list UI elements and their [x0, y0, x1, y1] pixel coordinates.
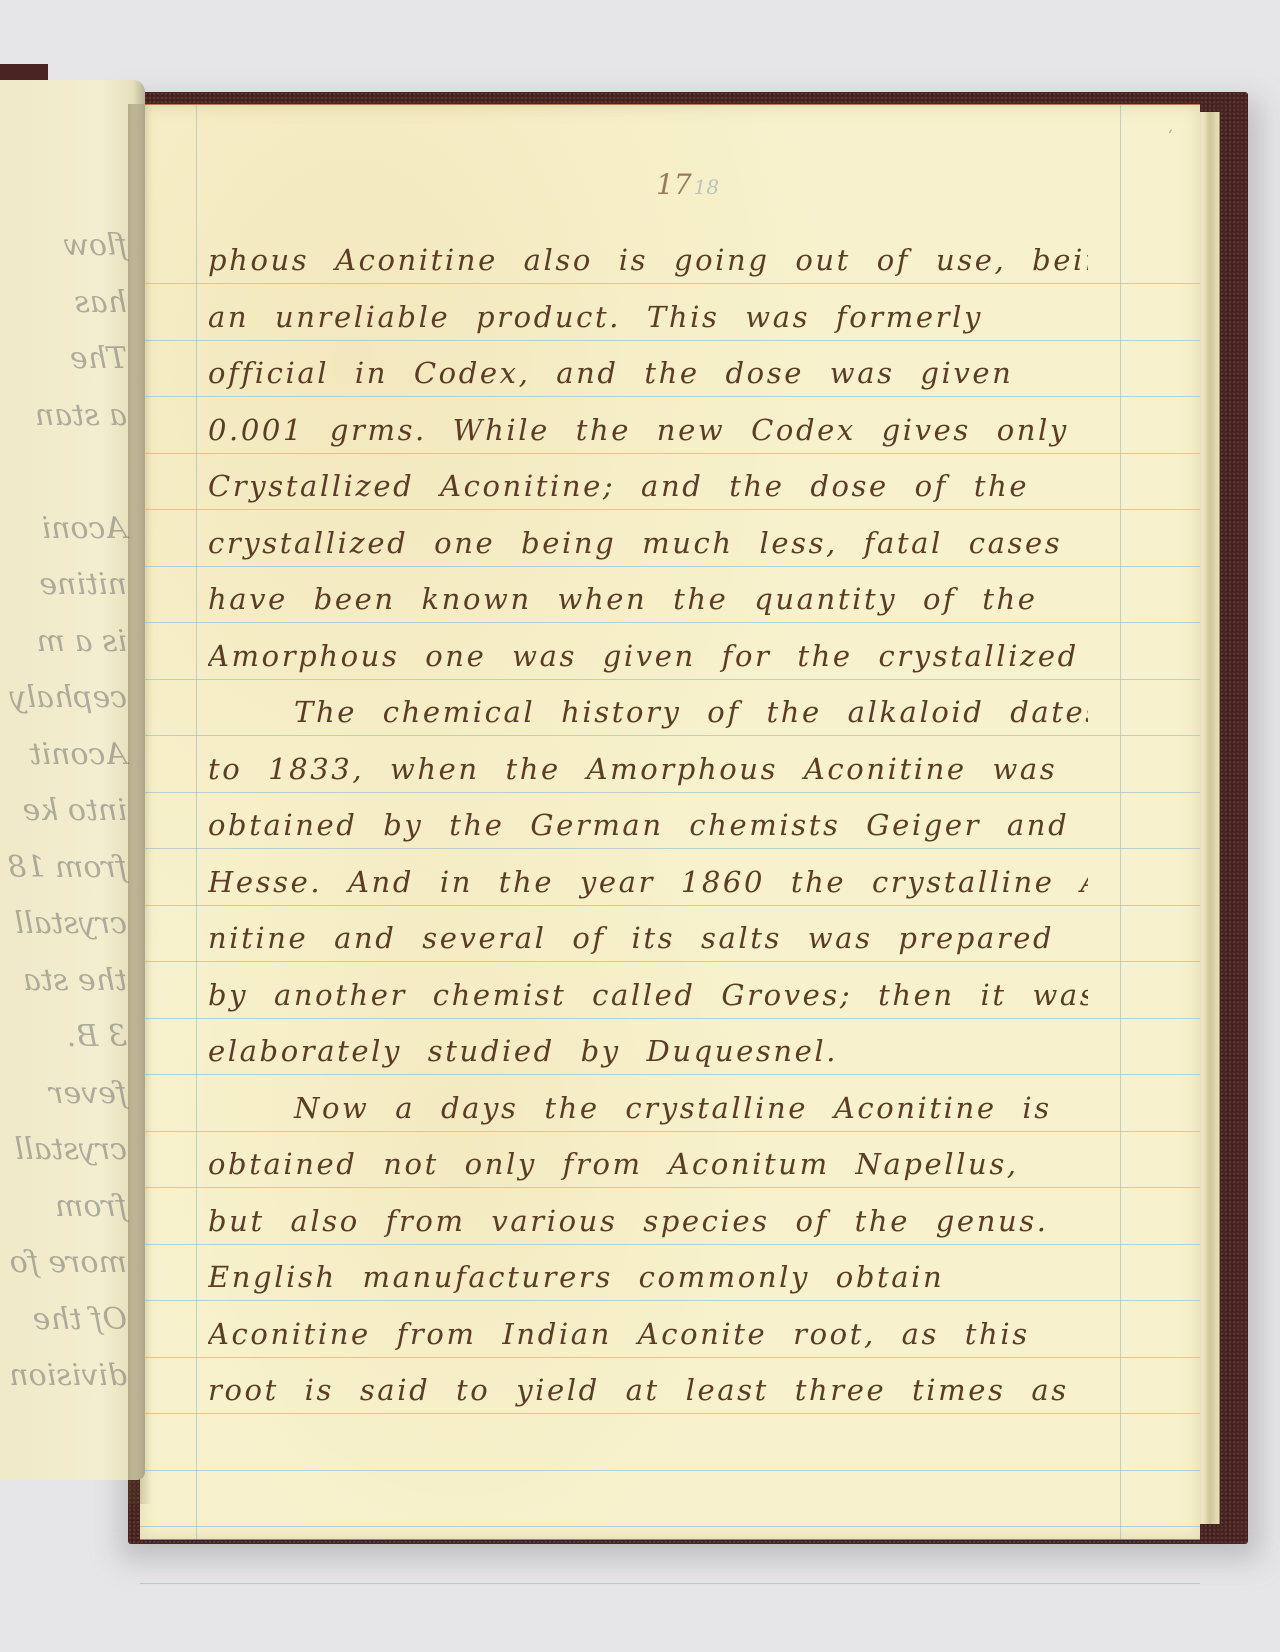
bleedthrough-fragment: 3 B.	[10, 1019, 127, 1054]
bleedthrough-fragment: crystall	[10, 906, 127, 941]
left-page-curl: flowhasThea stanAconinitineis a mcephaly…	[0, 80, 145, 1480]
bleedthrough-fragment: from	[10, 1189, 127, 1224]
text-line: elaborately studied by Duquesnel.	[208, 1029, 1088, 1086]
text-line: but also from various species of the gen…	[208, 1199, 1088, 1256]
text-line: crystallized one being much less, fatal …	[208, 521, 1088, 578]
bleedthrough-fragment: The	[10, 341, 127, 376]
text-line: an unreliable product. This was formerly	[208, 295, 1088, 352]
right-margin-line	[1120, 105, 1121, 1539]
bleedthrough-fragment: Of the	[10, 1302, 127, 1337]
text-line: by another chemist called Groves; then i…	[208, 973, 1088, 1030]
text-line: Crystallized Aconitine; and the dose of …	[208, 464, 1088, 521]
left-margin-line	[196, 105, 197, 1539]
ruled-line	[140, 1470, 1200, 1471]
text-line: obtained by the German chemists Geiger a…	[208, 803, 1088, 860]
corner-mark: ‘	[1168, 128, 1172, 144]
text-line: Now a days the crystalline Aconitine is	[208, 1086, 1088, 1143]
gutter-shadow	[128, 104, 152, 1504]
bleedthrough-fragment: is a m	[10, 624, 127, 659]
text-line: nitine and several of its salts was prep…	[208, 916, 1088, 973]
text-line: obtained not only from Aconitum Napellus…	[208, 1142, 1088, 1199]
bleedthrough-fragment: fever	[10, 1076, 127, 1111]
page-number-bleedthrough: 18	[694, 175, 719, 199]
bleedthrough-fragment: more fo	[10, 1245, 127, 1280]
bleedthrough-fragment: the sta	[10, 963, 127, 998]
bleedthrough-fragment: crystall	[10, 1132, 127, 1167]
text-line: have been known when the quantity of the	[208, 577, 1088, 634]
text-line: Amorphous one was given for the crystall…	[208, 634, 1088, 691]
bleedthrough-fragment: Aconit	[10, 737, 127, 772]
bleedthrough-fragment: cephaly	[10, 680, 127, 715]
bleedthrough-fragment: flow	[10, 228, 127, 263]
page-number: 1718	[656, 168, 719, 201]
text-line: 0.001 grms. While the new Codex gives on…	[208, 408, 1088, 465]
text-line: to 1833, when the Amorphous Aconitine wa…	[208, 747, 1088, 804]
bleedthrough-fragment: division	[10, 1358, 127, 1393]
text-line: Hesse. And in the year 1860 the crystall…	[208, 860, 1088, 917]
ruled-line	[140, 1583, 1200, 1584]
bleedthrough-fragment: a stan	[10, 398, 127, 433]
page-number-value: 17	[656, 168, 692, 201]
bleedthrough-fragment: nitine	[10, 567, 127, 602]
text-line: The chemical history of the alkaloid dat…	[208, 690, 1088, 747]
handwritten-text: phous Aconitine also is going out of use…	[208, 238, 1088, 1425]
bleedthrough-fragment: from 18	[10, 850, 127, 885]
text-line: English manufacturers commonly obtain	[208, 1255, 1088, 1312]
bleedthrough-fragment: Aconi	[10, 511, 127, 546]
bleedthrough-fragment: into ke	[10, 793, 127, 828]
text-line: phous Aconitine also is going out of use…	[208, 238, 1088, 295]
text-line: official in Codex, and the dose was give…	[208, 351, 1088, 408]
ruled-line	[140, 1526, 1200, 1527]
scan-scene: flowhasThea stanAconinitineis a mcephaly…	[0, 0, 1280, 1652]
text-line: root is said to yield at least three tim…	[208, 1368, 1088, 1425]
text-line: Aconitine from Indian Aconite root, as t…	[208, 1312, 1088, 1369]
bleedthrough-fragment: has	[10, 285, 127, 320]
